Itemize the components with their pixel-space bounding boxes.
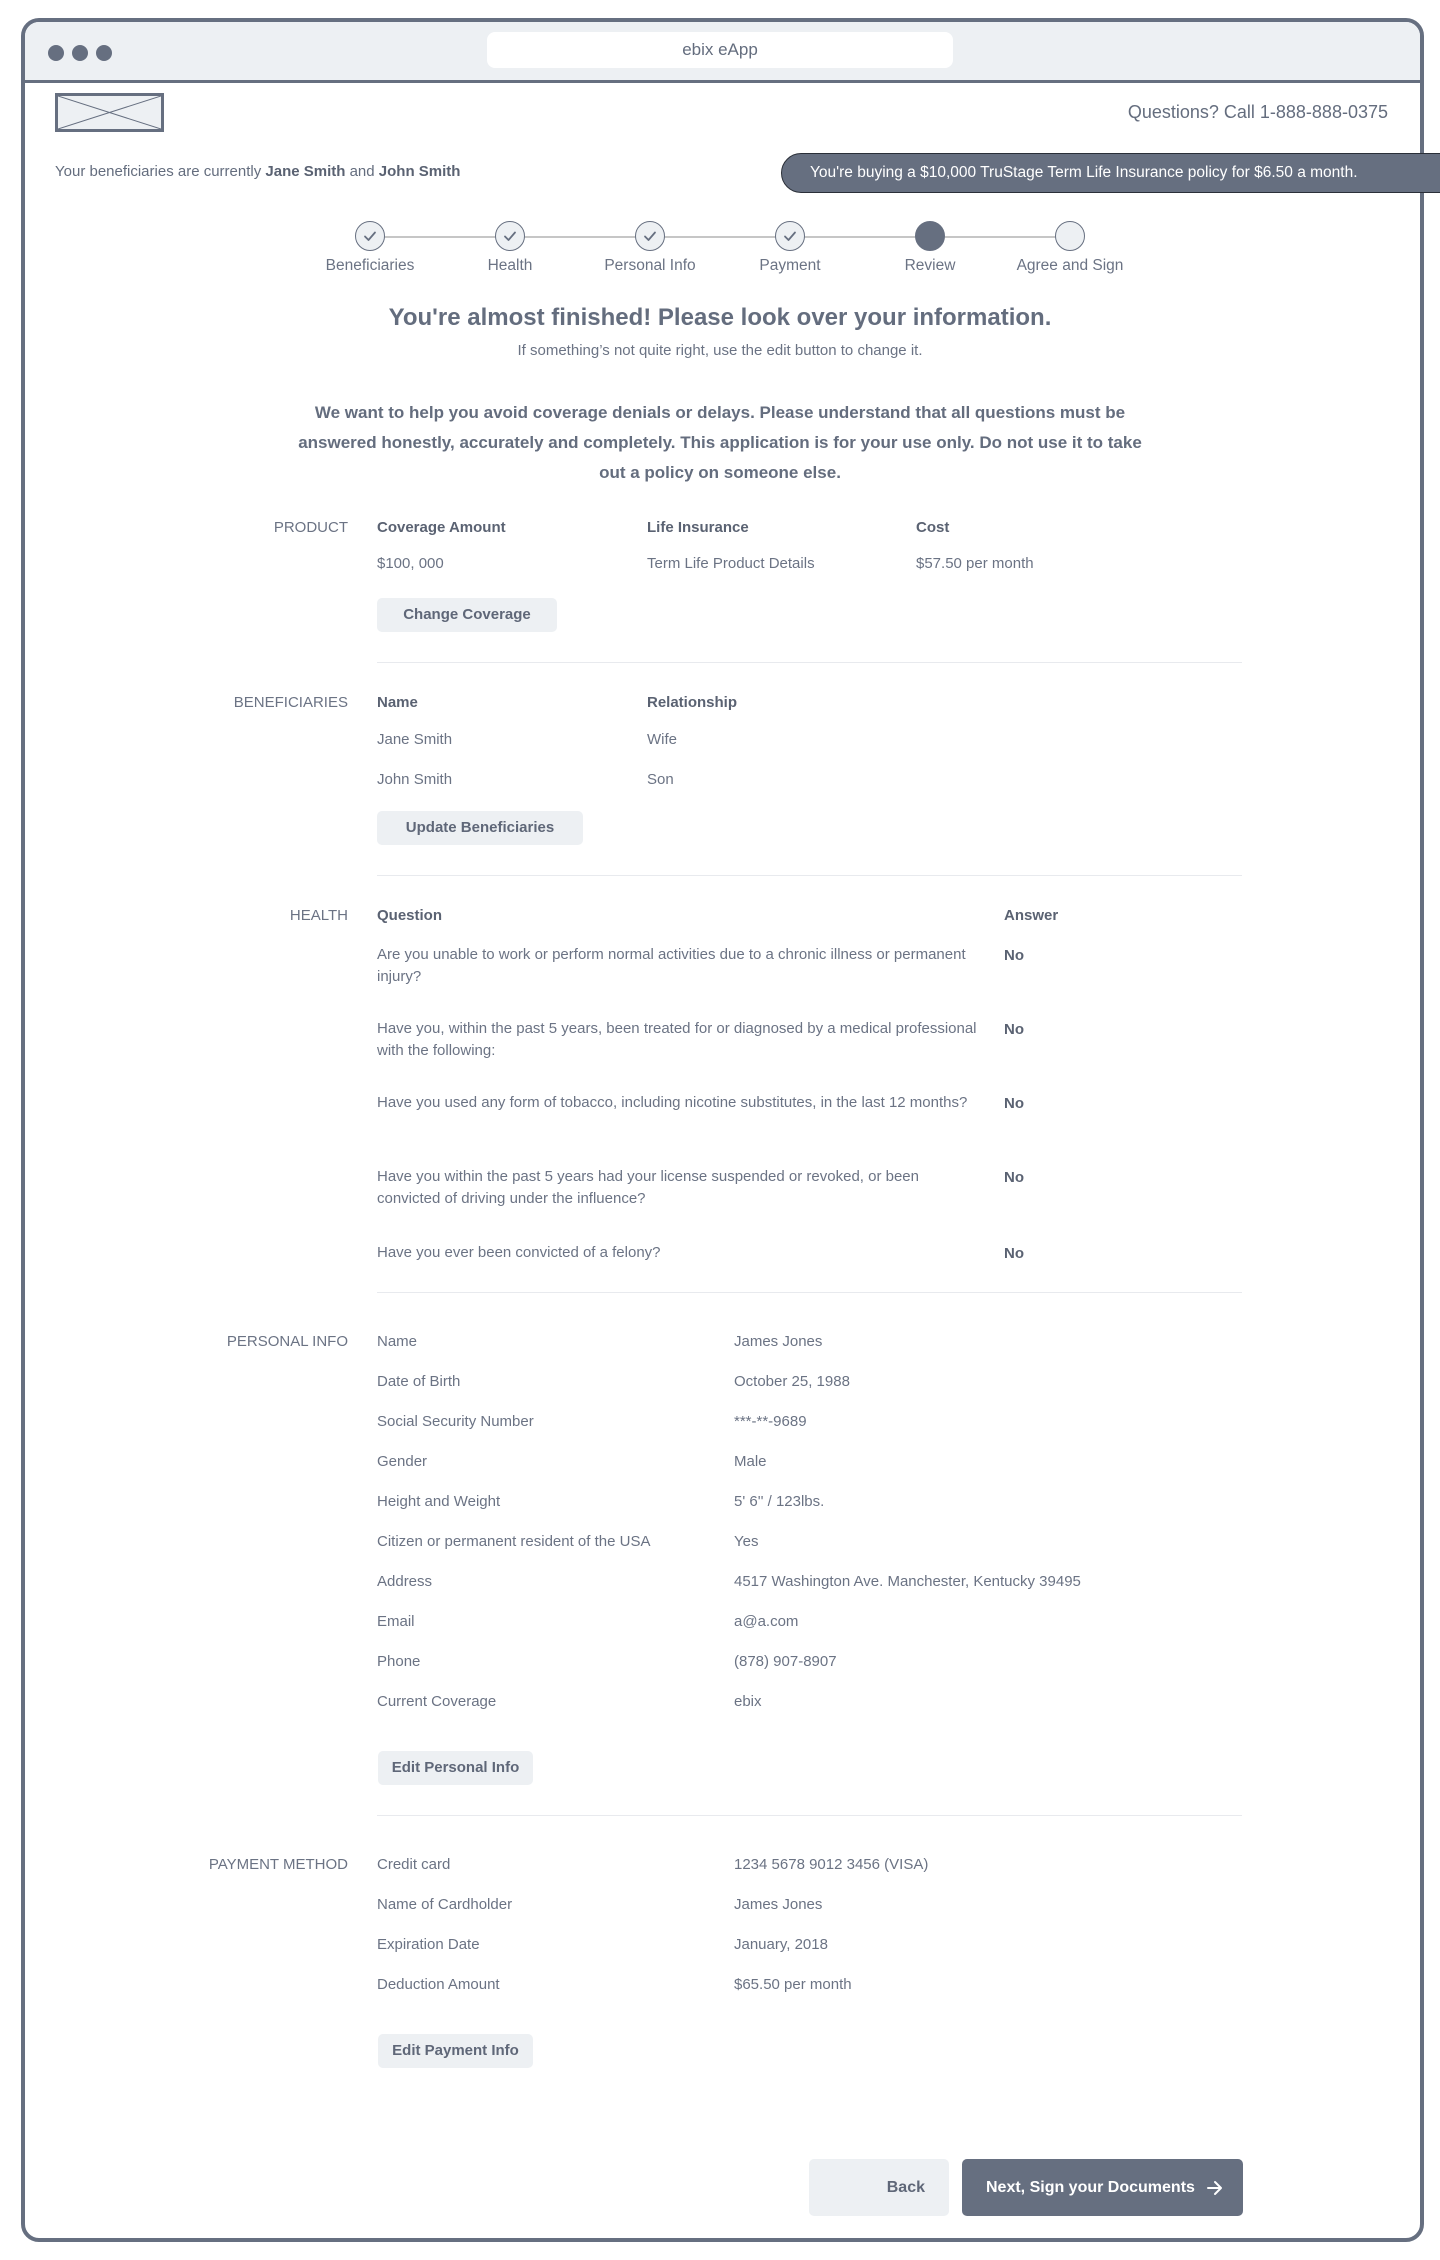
arrow-right-icon xyxy=(1205,2178,1225,2198)
field-value: Male xyxy=(734,1451,767,1473)
health-answer: No xyxy=(1004,1169,1024,1186)
field-value: a@a.com xyxy=(734,1611,798,1633)
field-value: 1234 5678 9012 3456 (VISA) xyxy=(734,1854,928,1876)
beneficiary-relationship-header: Relationship xyxy=(647,694,737,711)
health-question: Have you, within the past 5 years, been … xyxy=(377,1018,977,1062)
step-pending-indicator[interactable] xyxy=(1055,221,1085,251)
window-dot-icon[interactable] xyxy=(72,45,88,61)
field-label: Date of Birth xyxy=(377,1371,460,1393)
section-label-health: HEALTH xyxy=(148,907,348,924)
section-divider xyxy=(377,1292,1242,1293)
section-divider xyxy=(377,1815,1242,1816)
section-label-payment-method: PAYMENT METHOD xyxy=(148,1856,348,1873)
health-question: Are you unable to work or perform normal… xyxy=(377,944,977,988)
page-subtitle: If something’s not quite right, use the … xyxy=(0,342,1440,359)
beneficiary-name-header: Name xyxy=(377,694,418,711)
section-divider xyxy=(377,875,1242,876)
address-bar[interactable]: ebix eApp xyxy=(487,32,953,68)
field-label: Height and Weight xyxy=(377,1491,500,1513)
step-complete-indicator[interactable] xyxy=(635,221,665,251)
step-label[interactable]: Review xyxy=(860,257,1000,275)
coverage-amount-header: Coverage Amount xyxy=(377,519,506,536)
field-value: 4517 Washington Ave. Manchester, Kentuck… xyxy=(734,1571,1081,1593)
health-answer: No xyxy=(1004,1021,1024,1038)
field-value: October 25, 1988 xyxy=(734,1371,850,1393)
section-divider xyxy=(377,662,1242,663)
step-complete-indicator[interactable] xyxy=(495,221,525,251)
field-value: January, 2018 xyxy=(734,1934,828,1956)
step-active-indicator[interactable] xyxy=(915,221,945,251)
step-label[interactable]: Agree and Sign xyxy=(1000,257,1140,275)
field-value: James Jones xyxy=(734,1894,822,1916)
edit-personal-info-button[interactable]: Edit Personal Info xyxy=(378,1751,533,1785)
checkmark-icon xyxy=(502,228,518,244)
stepper-track xyxy=(370,236,1070,238)
page-title: You're almost finished! Please look over… xyxy=(0,304,1440,332)
change-coverage-button[interactable]: Change Coverage xyxy=(377,598,557,632)
step-label[interactable]: Beneficiaries xyxy=(300,257,440,275)
next-sign-documents-button[interactable]: Next, Sign your Documents xyxy=(962,2159,1243,2216)
product-details-value: Term Life Product Details xyxy=(647,553,815,575)
field-label: Phone xyxy=(377,1651,420,1673)
field-value: James Jones xyxy=(734,1331,822,1353)
beneficiary-relationship: Wife xyxy=(647,729,677,751)
section-label-beneficiaries: BENEFICIARIES xyxy=(148,694,348,711)
note-joiner: and xyxy=(345,163,378,180)
title-bar: ebix eApp xyxy=(25,22,1420,83)
note-prefix: Your beneficiaries are currently xyxy=(55,163,265,180)
health-answer: No xyxy=(1004,1245,1024,1262)
step-complete-indicator[interactable] xyxy=(775,221,805,251)
field-label: Citizen or permanent resident of the USA xyxy=(377,1531,650,1553)
field-label: Email xyxy=(377,1611,415,1633)
window-dot-icon[interactable] xyxy=(96,45,112,61)
beneficiary-name: John Smith xyxy=(377,769,452,791)
field-value: ebix xyxy=(734,1691,762,1713)
cost-header: Cost xyxy=(916,519,949,536)
field-label: Deduction Amount xyxy=(377,1974,500,1996)
field-label: Name xyxy=(377,1331,417,1353)
section-label-product: PRODUCT xyxy=(148,519,348,536)
life-insurance-header: Life Insurance xyxy=(647,519,749,536)
checkmark-icon xyxy=(782,228,798,244)
health-answer: No xyxy=(1004,1095,1024,1112)
field-value: ***-**-9689 xyxy=(734,1411,807,1433)
field-label: Credit card xyxy=(377,1854,450,1876)
update-beneficiaries-button[interactable]: Update Beneficiaries xyxy=(377,811,583,845)
field-value: 5' 6'' / 123lbs. xyxy=(734,1491,824,1513)
health-question: Have you ever been convicted of a felony… xyxy=(377,1242,977,1264)
step-label[interactable]: Health xyxy=(440,257,580,275)
field-label: Expiration Date xyxy=(377,1934,480,1956)
purchase-summary-pill: You're buying a $10,000 TruStage Term Li… xyxy=(781,153,1440,193)
window-dot-icon[interactable] xyxy=(48,45,64,61)
field-value: (878) 907-8907 xyxy=(734,1651,837,1673)
health-question: Have you within the past 5 years had you… xyxy=(377,1166,977,1210)
next-button-label: Next, Sign your Documents xyxy=(986,2179,1195,2196)
step-label[interactable]: Personal Info xyxy=(580,257,720,275)
field-value: Yes xyxy=(734,1531,758,1553)
question-header: Question xyxy=(377,907,442,924)
checkmark-icon xyxy=(642,228,658,244)
health-answer: No xyxy=(1004,947,1024,964)
cost-value: $57.50 per month xyxy=(916,553,1034,575)
field-label: Gender xyxy=(377,1451,427,1473)
health-question: Have you used any form of tobacco, inclu… xyxy=(377,1092,977,1114)
section-label-personal-info: PERSONAL INFO xyxy=(148,1333,348,1350)
coverage-amount-value: $100, 000 xyxy=(377,553,444,575)
beneficiary-relationship: Son xyxy=(647,769,674,791)
field-label: Address xyxy=(377,1571,432,1593)
step-complete-indicator[interactable] xyxy=(355,221,385,251)
support-phone: Questions? Call 1-888-888-0375 xyxy=(1128,102,1388,123)
answer-header: Answer xyxy=(1004,907,1058,924)
field-label: Social Security Number xyxy=(377,1411,534,1433)
logo-placeholder-image xyxy=(55,93,164,132)
step-label[interactable]: Payment xyxy=(720,257,860,275)
field-value: $65.50 per month xyxy=(734,1974,852,1996)
field-label: Current Coverage xyxy=(377,1691,496,1713)
honesty-warning: We want to help you avoid coverage denia… xyxy=(290,398,1150,488)
beneficiaries-note: Your beneficiaries are currently Jane Sm… xyxy=(55,163,460,180)
field-label: Name of Cardholder xyxy=(377,1894,512,1916)
note-name-2: John Smith xyxy=(379,163,461,180)
back-button[interactable]: Back xyxy=(809,2159,949,2216)
edit-payment-info-button[interactable]: Edit Payment Info xyxy=(378,2034,533,2068)
beneficiary-name: Jane Smith xyxy=(377,729,452,751)
checkmark-icon xyxy=(362,228,378,244)
note-name-1: Jane Smith xyxy=(265,163,345,180)
